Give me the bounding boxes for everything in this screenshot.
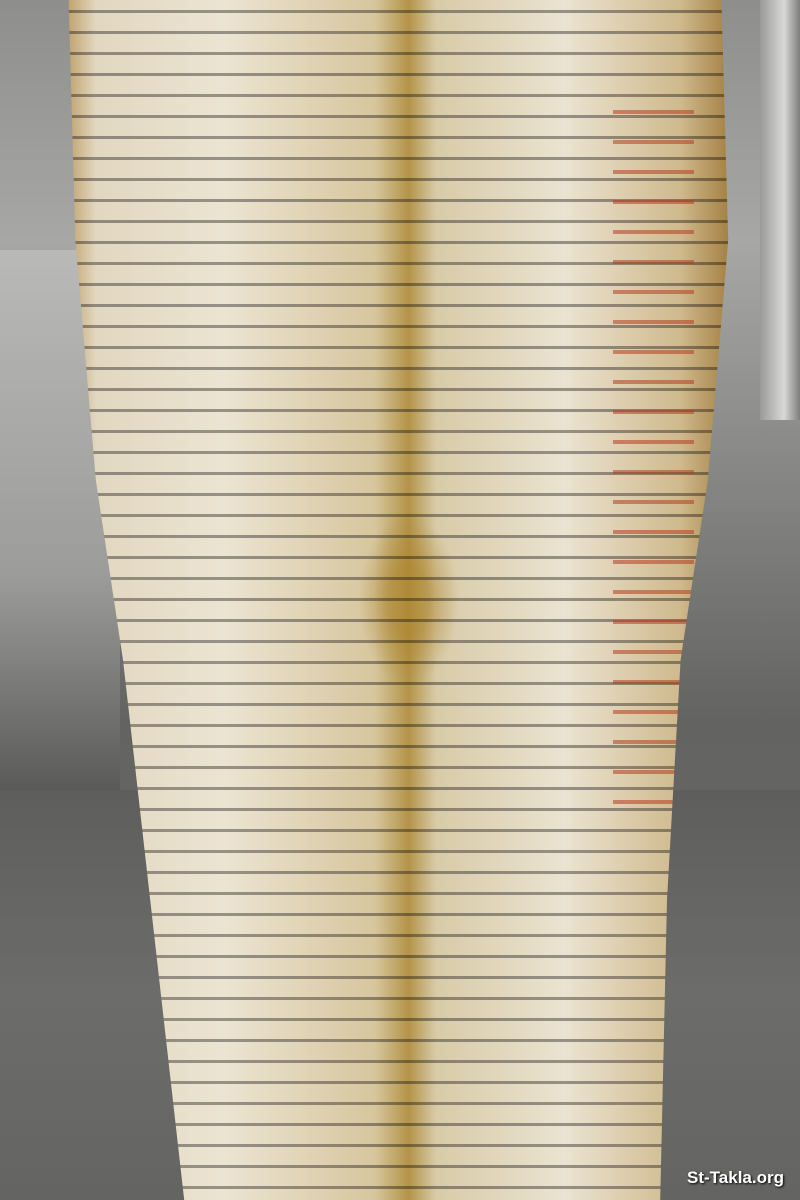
red-ink-annotations bbox=[613, 96, 695, 816]
watermark: St-Takla.org bbox=[687, 1168, 784, 1188]
background-glass-panel bbox=[760, 0, 800, 420]
